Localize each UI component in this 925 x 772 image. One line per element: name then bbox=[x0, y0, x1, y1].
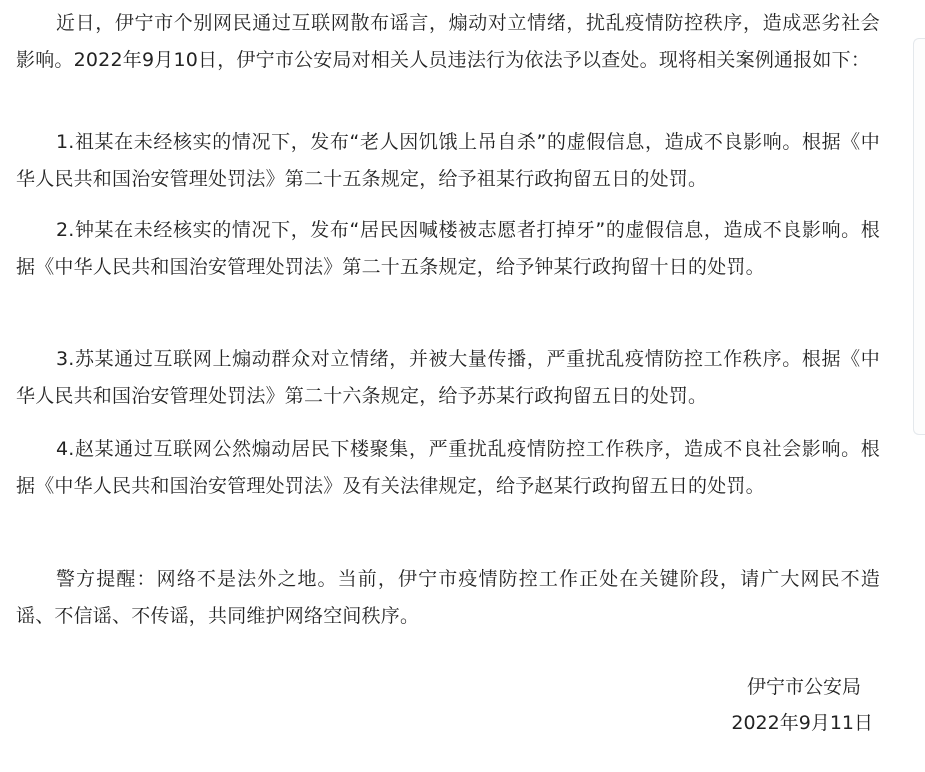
signature-date: 2022年9月11日 bbox=[731, 708, 873, 738]
police-reminder-paragraph: 警方提醒：网络不是法外之地。当前，伊宁市疫情防控工作正处在关键阶段，请广大网民不… bbox=[16, 561, 880, 635]
intro-paragraph: 近日，伊宁市个别网民通过互联网散布谣言，煽动对立情绪，扰乱疫情防控秩序，造成恶劣… bbox=[16, 5, 880, 79]
case-1-paragraph: 1.祖某在未经核实的情况下，发布“老人因饥饿上吊自杀”的虚假信息，造成不良影响。… bbox=[16, 124, 880, 198]
case-4-paragraph: 4.赵某通过互联网公然煽动居民下楼聚集，严重扰乱疫情防控工作秩序，造成不良社会影… bbox=[16, 431, 880, 505]
case-2-paragraph: 2.钟某在未经核实的情况下，发布“居民因喊楼被志愿者打掉牙”的虚假信息，造成不良… bbox=[16, 212, 880, 286]
signature-organization: 伊宁市公安局 bbox=[747, 672, 861, 702]
case-3-paragraph: 3.苏某通过互联网上煽动群众对立情绪，并被大量传播，严重扰乱疫情防控工作秩序。根… bbox=[16, 341, 880, 415]
side-panel-edge bbox=[913, 38, 925, 435]
